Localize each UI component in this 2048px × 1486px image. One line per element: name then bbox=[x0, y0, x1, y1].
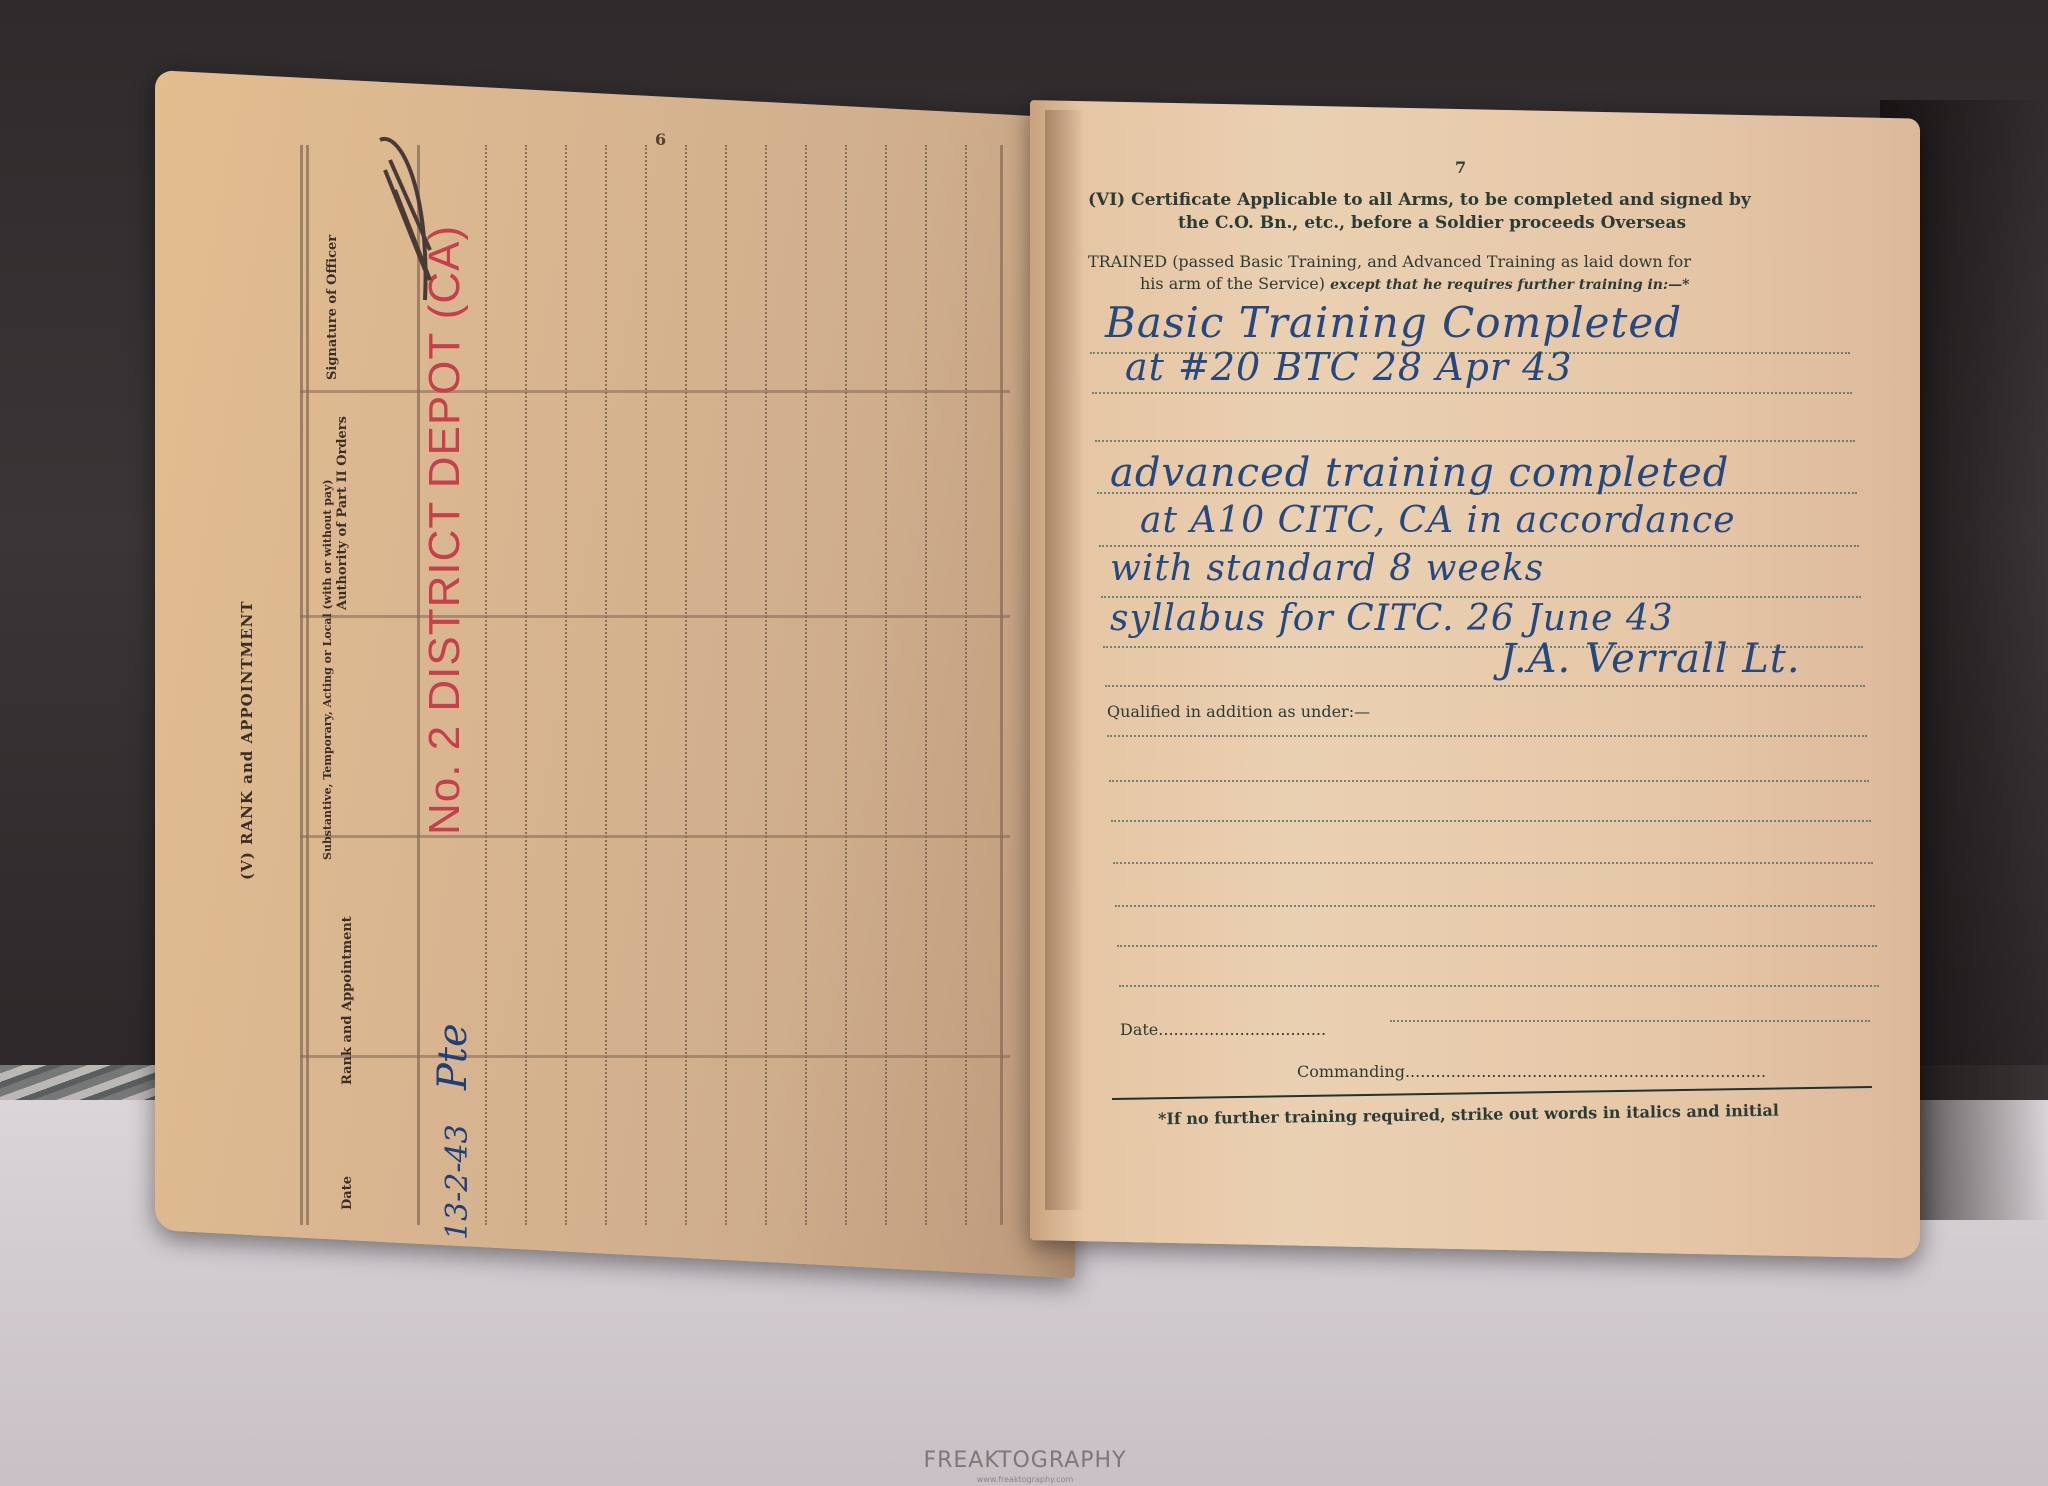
column-divider bbox=[300, 835, 1010, 838]
table-border-left bbox=[300, 145, 303, 1225]
watermark-brand: FREAKTOGRAPHY bbox=[875, 1448, 1175, 1473]
handwritten-line-4: at A10 CITC, CA in accordance bbox=[1140, 500, 1736, 541]
table-border-left-double bbox=[306, 145, 309, 1225]
ruled-line bbox=[1107, 735, 1867, 737]
ruled-line bbox=[1390, 1020, 1870, 1022]
ruled-line bbox=[525, 145, 527, 1225]
watermark-url: www.freaktography.com bbox=[875, 1475, 1175, 1484]
commanding-dots: ........................................… bbox=[1405, 1062, 1766, 1081]
ruled-line bbox=[1105, 685, 1865, 687]
ruled-line bbox=[605, 145, 607, 1225]
column-header-authority: Authority of Part II Orders bbox=[335, 416, 350, 610]
column-divider bbox=[300, 390, 1010, 393]
ruled-line bbox=[1117, 945, 1877, 947]
ruled-line bbox=[485, 145, 487, 1225]
column-header-substantive: Substantive, Temporary, Acting or Local … bbox=[320, 479, 335, 860]
ruled-line bbox=[845, 145, 847, 1225]
trained-line2: his arm of the Service) except that he r… bbox=[1140, 274, 1689, 293]
ruled-line bbox=[1111, 820, 1871, 822]
ruled-line bbox=[645, 145, 647, 1225]
date-label-text: Date bbox=[1120, 1020, 1158, 1039]
handwritten-line-3: advanced training completed bbox=[1110, 450, 1729, 496]
ruled-line bbox=[1119, 985, 1879, 987]
trained-line1: TRAINED (passed Basic Training, and Adva… bbox=[1088, 252, 1691, 271]
ruled-line bbox=[765, 145, 767, 1225]
date-dots: ................................. bbox=[1158, 1020, 1326, 1039]
ruled-line bbox=[885, 145, 887, 1225]
district-depot-stamp: No. 2 DISTRICT DEPOT (CA) bbox=[420, 225, 470, 835]
certificate-heading-line2: the C.O. Bn., etc., before a Soldier pro… bbox=[1178, 213, 1686, 233]
ruled-line bbox=[1115, 905, 1875, 907]
trained-line2-italic: except that he requires further training… bbox=[1330, 277, 1689, 293]
officer-signature bbox=[370, 130, 450, 310]
trained-line2-plain: his arm of the Service) bbox=[1140, 274, 1325, 293]
ruled-line bbox=[805, 145, 807, 1225]
date-label: Date................................. bbox=[1120, 1020, 1326, 1039]
ruled-line bbox=[685, 145, 687, 1225]
ruled-line bbox=[1113, 862, 1873, 864]
ruled-line bbox=[965, 145, 967, 1225]
table-border-right bbox=[1000, 145, 1003, 1225]
ruled-line bbox=[1099, 545, 1859, 547]
column-divider bbox=[300, 615, 1010, 618]
handwritten-line-2: at #20 BTC 28 Apr 43 bbox=[1125, 345, 1573, 389]
officer-signature-right: J.A. Verrall Lt. bbox=[1500, 636, 1801, 682]
section-title: (V) RANK and APPOINTMENT bbox=[238, 600, 256, 880]
handwritten-line-6: syllabus for CITC. 26 June 43 bbox=[1110, 598, 1674, 639]
ruled-line bbox=[565, 145, 567, 1225]
entry-date: 13-2-43 bbox=[440, 1124, 475, 1240]
column-header-signature: Signature of Officer bbox=[325, 235, 340, 380]
handwritten-line-5: with standard 8 weeks bbox=[1110, 548, 1544, 589]
certificate-heading-line1: (VI) Certificate Applicable to all Arms,… bbox=[1088, 190, 1751, 210]
right-page-number: 7 bbox=[1455, 158, 1466, 177]
book-gutter bbox=[1045, 110, 1085, 1210]
column-divider bbox=[300, 1055, 1010, 1058]
ruled-line bbox=[1095, 440, 1855, 442]
handwritten-line-1: Basic Training Completed bbox=[1105, 298, 1682, 347]
ruled-line bbox=[1109, 780, 1869, 782]
ruled-line bbox=[925, 145, 927, 1225]
column-header-date: Date bbox=[340, 1176, 355, 1210]
ruled-line bbox=[1092, 392, 1852, 394]
entry-rank: Pte bbox=[430, 1023, 476, 1090]
commanding-label-text: Commanding bbox=[1297, 1062, 1405, 1081]
column-header-rank: Rank and Appointment bbox=[340, 916, 355, 1085]
qualified-label: Qualified in addition as under:— bbox=[1107, 702, 1370, 721]
commanding-label: Commanding..............................… bbox=[1297, 1062, 1766, 1081]
ruled-line bbox=[725, 145, 727, 1225]
